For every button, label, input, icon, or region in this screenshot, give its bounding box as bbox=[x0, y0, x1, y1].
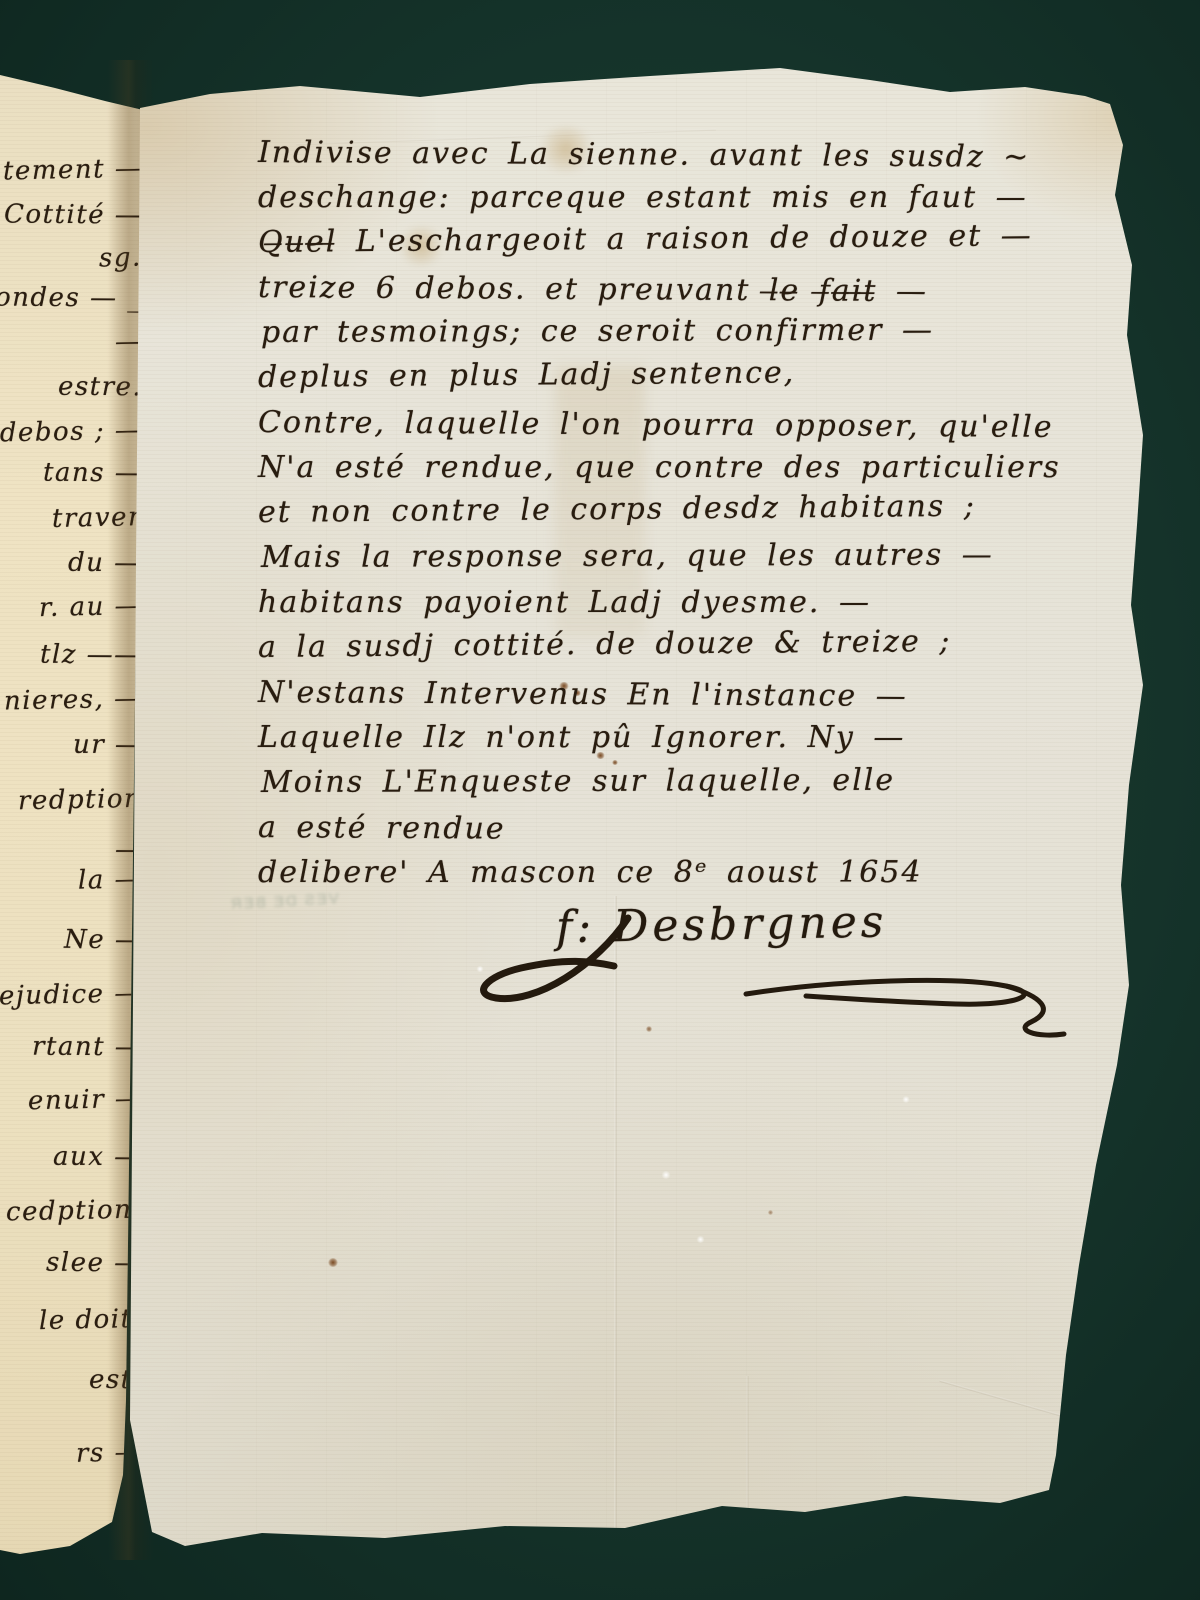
manuscript-line: Contre, laquelle l'on pourra opposer, qu… bbox=[258, 400, 1138, 450]
left-page-fragment: r. au — bbox=[39, 591, 143, 623]
left-page-fragment: redption bbox=[17, 784, 142, 817]
left-page-fragment: enuir — bbox=[27, 1084, 142, 1116]
manuscript-line: a esté rendue bbox=[258, 805, 1138, 855]
manuscript-line: delibere' A mascon ce 8ᵉ aoust 1654 bbox=[258, 850, 1138, 895]
manuscript-line: Q̶u̶e̶l̶ L'eschargeoit a raison de douze… bbox=[258, 212, 1138, 265]
manuscript-line: N'estans Intervenus En l'instance — bbox=[258, 670, 1138, 720]
facing-page-edge: tement —Cottité —sg.ondes — _—estre.sdeb… bbox=[0, 60, 152, 1565]
left-page-fragment: estre. bbox=[58, 372, 142, 403]
left-page-fragment: sg. bbox=[99, 243, 142, 274]
left-page-fragment: rejudice — bbox=[0, 978, 142, 1011]
manuscript-photo: tement —Cottité —sg.ondes — _—estre.sdeb… bbox=[0, 0, 1200, 1600]
manuscript-line: Laquelle Ilz n'ont pû Ignorer. Ny — bbox=[258, 715, 1138, 760]
left-page-fragment: du — bbox=[68, 548, 142, 579]
left-page-fragment: tlz —— bbox=[40, 640, 142, 671]
manuscript-line: Moins L'Enqueste sur laquelle, elle bbox=[261, 757, 1141, 805]
manuscript-page: VES DE BER Indivise avec La sienne. avan… bbox=[116, 66, 1164, 1568]
signature: f: Desbrgnes bbox=[556, 894, 1037, 953]
manuscript-line: Indivise avec La sienne. avant les susdz… bbox=[258, 130, 1138, 180]
left-page-fragment: rs — bbox=[76, 1437, 143, 1468]
left-page-fragment: aux — bbox=[53, 1142, 142, 1173]
left-page-fragment: Cottité — bbox=[4, 200, 143, 231]
manuscript-line: et non contre le corps desdz habitans ; bbox=[258, 482, 1138, 535]
archive-stamp-bleedthrough: VES DE BER bbox=[198, 888, 371, 961]
left-page-fragment: Ne — bbox=[63, 925, 142, 956]
left-page-fragment: rtant — bbox=[32, 1032, 143, 1063]
left-page-fragment: tement — bbox=[2, 154, 142, 187]
handwritten-text-block: Indivise avec La sienne. avant les susdz… bbox=[258, 130, 1138, 895]
manuscript-line: a la susdj cottité. de douze & treize ; bbox=[258, 617, 1138, 670]
left-page-fragment: ondes — _ bbox=[0, 282, 142, 313]
left-page-fragment: slee — bbox=[46, 1248, 142, 1279]
left-page-fragment: nieres, — bbox=[4, 684, 142, 717]
left-page-fragment: tans — bbox=[43, 458, 143, 489]
manuscript-line: Mais la response sera, que les autres — bbox=[261, 532, 1141, 580]
left-page-fragment: sdebos ; — bbox=[0, 415, 142, 448]
manuscript-line: deplus en plus Ladj sentence, bbox=[258, 347, 1138, 400]
left-page-fragment: la — bbox=[78, 864, 143, 895]
left-page-fragment: ur — bbox=[72, 730, 142, 760]
left-page-fragment: cedption. bbox=[6, 1195, 143, 1228]
left-page-fragment: traver bbox=[52, 502, 142, 534]
left-page-fragment: le doit. bbox=[38, 1304, 142, 1336]
